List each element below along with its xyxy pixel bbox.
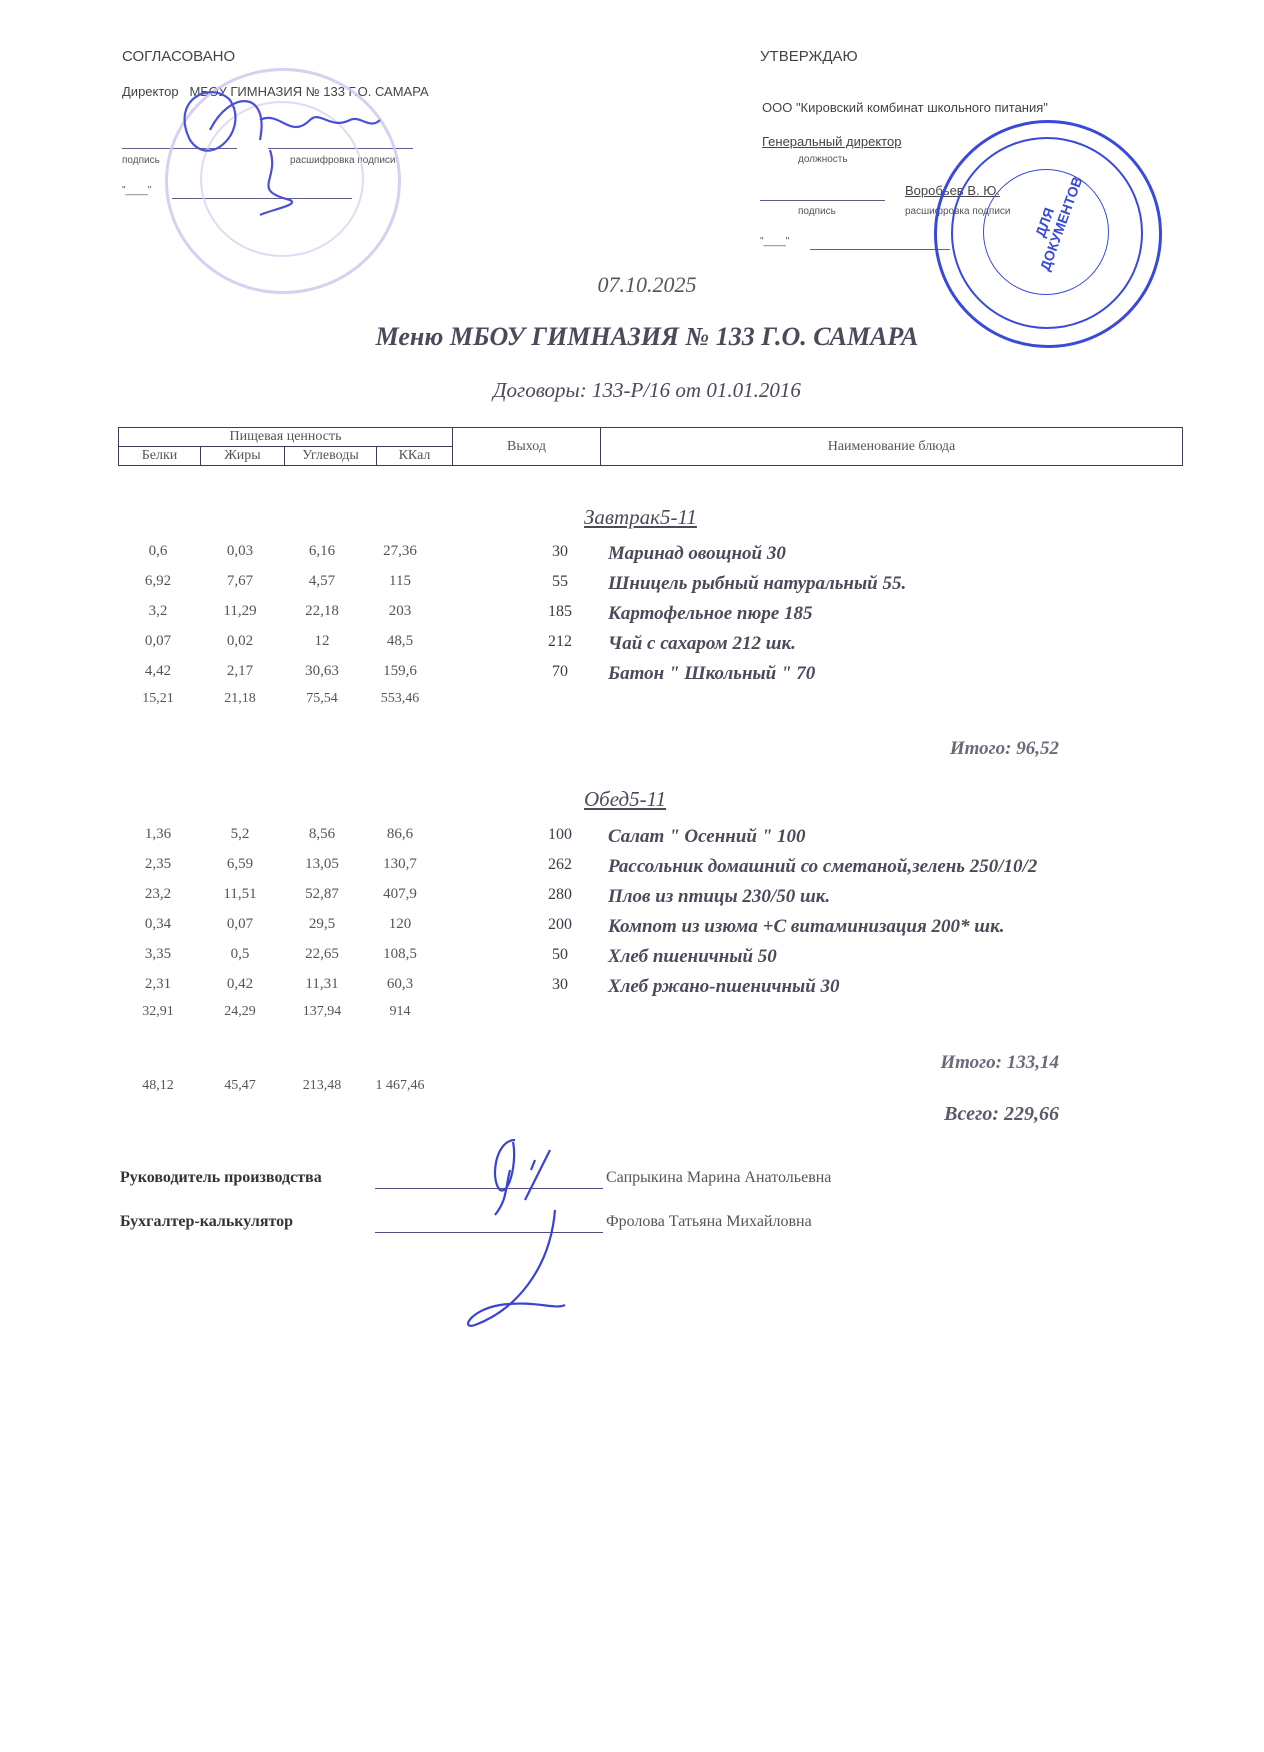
header-kcal: ККал bbox=[377, 447, 453, 466]
menu-item-row: 23,211,5152,87407,9280Плов из птицы 230/… bbox=[118, 886, 1118, 914]
signature-role-accountant: Бухгалтер-калькулятор bbox=[120, 1213, 293, 1231]
dish-name: Шницель рыбный натуральный 55. bbox=[608, 573, 906, 595]
menu-item-row: 6,927,674,5711555Шницель рыбный натураль… bbox=[118, 573, 1118, 601]
document-date: 07.10.2025 bbox=[0, 272, 1264, 298]
date-placeholder: "____" bbox=[122, 185, 151, 196]
position-caption: должность bbox=[798, 154, 848, 165]
kcal-value: 203 bbox=[360, 603, 440, 620]
total-carbs: 75,54 bbox=[282, 691, 362, 707]
approval-right-organization: ООО "Кировский комбинат школьного питани… bbox=[762, 100, 1048, 115]
protein-value: 1,36 bbox=[118, 826, 198, 843]
grand-total-label: Всего: 229,66 bbox=[944, 1103, 1059, 1126]
dish-name: Хлеб пшеничный 50 bbox=[608, 946, 777, 968]
total-protein: 32,91 bbox=[118, 1004, 198, 1020]
fat-value: 7,67 bbox=[200, 573, 280, 590]
breakfast-sum: Итого: 96,52 bbox=[950, 738, 1059, 760]
section-title-breakfast: Завтрак5-11 bbox=[584, 505, 697, 530]
signature-name-accountant: Фролова Татьяна Михайловна bbox=[606, 1213, 812, 1231]
yield-value: 280 bbox=[530, 886, 590, 904]
protein-value: 3,35 bbox=[118, 946, 198, 963]
protein-value: 0,6 bbox=[118, 543, 198, 560]
yield-value: 55 bbox=[530, 573, 590, 591]
fat-value: 0,02 bbox=[200, 633, 280, 650]
yield-value: 262 bbox=[530, 856, 590, 874]
header-fat: Жиры bbox=[201, 447, 285, 466]
date-line-right bbox=[810, 249, 950, 250]
protein-value: 0,34 bbox=[118, 916, 198, 933]
dish-name: Салат " Осенний " 100 bbox=[608, 826, 806, 848]
dish-name: Хлеб ржано-пшеничный 30 bbox=[608, 976, 840, 998]
carbs-value: 29,5 bbox=[282, 916, 362, 933]
stamp-right-icon: ДЛЯ ДОКУМЕНТОВ bbox=[934, 120, 1162, 348]
protein-value: 3,2 bbox=[118, 603, 198, 620]
grand-total-carbs: 213,48 bbox=[282, 1078, 362, 1094]
kcal-value: 108,5 bbox=[360, 946, 440, 963]
fat-value: 0,03 bbox=[200, 543, 280, 560]
carbs-value: 22,65 bbox=[282, 946, 362, 963]
fat-value: 6,59 bbox=[200, 856, 280, 873]
fat-value: 5,2 bbox=[200, 826, 280, 843]
approval-right-position: Генеральный директор bbox=[762, 134, 901, 149]
section-total-row: 15,2121,1875,54553,46 bbox=[118, 691, 1118, 719]
menu-item-row: 0,60,036,1627,3630Маринад овощной 30 bbox=[118, 543, 1118, 571]
dish-name: Картофельное пюре 185 bbox=[608, 603, 813, 625]
carbs-value: 30,63 bbox=[282, 663, 362, 680]
production-signature-icon bbox=[455, 1120, 595, 1340]
menu-item-row: 2,310,4211,3160,330Хлеб ржано-пшеничный … bbox=[118, 976, 1118, 1004]
yield-value: 30 bbox=[530, 976, 590, 994]
yield-value: 70 bbox=[530, 663, 590, 681]
carbs-value: 11,31 bbox=[282, 976, 362, 993]
menu-item-row: 4,422,1730,63159,670Батон " Школьный " 7… bbox=[118, 663, 1118, 691]
carbs-value: 22,18 bbox=[282, 603, 362, 620]
menu-item-row: 2,356,5913,05130,7262Рассольник домашний… bbox=[118, 856, 1118, 884]
lunch-sum: Итого: 133,14 bbox=[940, 1052, 1059, 1074]
protein-value: 6,92 bbox=[118, 573, 198, 590]
dish-name: Компот из изюма +С витаминизация 200* шк… bbox=[608, 916, 1005, 938]
director-signature-icon bbox=[150, 60, 410, 220]
grand-total-kcal: 1 467,46 bbox=[360, 1078, 440, 1094]
carbs-value: 8,56 bbox=[282, 826, 362, 843]
yield-value: 50 bbox=[530, 946, 590, 964]
section-title-lunch: Обед5-11 bbox=[584, 787, 666, 812]
header-nutrition-group: Пищевая ценность bbox=[119, 428, 453, 447]
grand-total-protein: 48,12 bbox=[118, 1078, 198, 1094]
grand-total-row: 48,12 45,47 213,48 1 467,46 bbox=[118, 1078, 1118, 1106]
kcal-value: 48,5 bbox=[360, 633, 440, 650]
kcal-value: 407,9 bbox=[360, 886, 440, 903]
menu-item-row: 1,365,28,5686,6100Салат " Осенний " 100 bbox=[118, 826, 1118, 854]
protein-value: 2,35 bbox=[118, 856, 198, 873]
protein-value: 23,2 bbox=[118, 886, 198, 903]
fat-value: 11,51 bbox=[200, 886, 280, 903]
fat-value: 2,17 bbox=[200, 663, 280, 680]
kcal-value: 130,7 bbox=[360, 856, 440, 873]
approval-right-heading: УТВЕРЖДАЮ bbox=[760, 48, 858, 65]
signature-caption-right: подпись bbox=[798, 206, 836, 217]
header-carbs: Углеводы bbox=[285, 447, 377, 466]
menu-item-row: 0,340,0729,5120200Компот из изюма +С вит… bbox=[118, 916, 1118, 944]
yield-value: 100 bbox=[530, 826, 590, 844]
fat-value: 0,07 bbox=[200, 916, 280, 933]
dish-name: Рассольник домашний со сметаной,зелень 2… bbox=[608, 856, 1037, 878]
yield-value: 30 bbox=[530, 543, 590, 561]
kcal-value: 159,6 bbox=[360, 663, 440, 680]
signature-name-production: Сапрыкина Марина Анатольевна bbox=[606, 1169, 831, 1187]
total-kcal: 553,46 bbox=[360, 691, 440, 707]
protein-value: 2,31 bbox=[118, 976, 198, 993]
grand-total-fat: 45,47 bbox=[200, 1078, 280, 1094]
dish-name: Чай с сахаром 212 шк. bbox=[608, 633, 796, 655]
kcal-value: 120 bbox=[360, 916, 440, 933]
menu-item-row: 3,350,522,65108,550Хлеб пшеничный 50 bbox=[118, 946, 1118, 974]
header-dish-name: Наименование блюда bbox=[601, 428, 1183, 466]
signature-line-right bbox=[760, 200, 885, 201]
yield-value: 200 bbox=[530, 916, 590, 934]
date-placeholder-right: "____" bbox=[760, 236, 789, 247]
fat-value: 11,29 bbox=[200, 603, 280, 620]
document-title: Меню МБОУ ГИМНАЗИЯ № 133 Г.О. САМАРА bbox=[0, 322, 1264, 352]
fat-value: 0,5 bbox=[200, 946, 280, 963]
protein-value: 4,42 bbox=[118, 663, 198, 680]
menu-table-header: Пищевая ценность Выход Наименование блюд… bbox=[118, 427, 1183, 466]
signature-role-production: Руководитель производства bbox=[120, 1169, 322, 1187]
total-fat: 24,29 bbox=[200, 1004, 280, 1020]
carbs-value: 4,57 bbox=[282, 573, 362, 590]
menu-item-row: 3,211,2922,18203185Картофельное пюре 185 bbox=[118, 603, 1118, 631]
total-carbs: 137,94 bbox=[282, 1004, 362, 1020]
carbs-value: 12 bbox=[282, 633, 362, 650]
dish-name: Маринад овощной 30 bbox=[608, 543, 786, 565]
yield-value: 185 bbox=[530, 603, 590, 621]
carbs-value: 6,16 bbox=[282, 543, 362, 560]
kcal-value: 60,3 bbox=[360, 976, 440, 993]
dish-name: Плов из птицы 230/50 шк. bbox=[608, 886, 830, 908]
total-fat: 21,18 bbox=[200, 691, 280, 707]
carbs-value: 13,05 bbox=[282, 856, 362, 873]
yield-value: 212 bbox=[530, 633, 590, 651]
kcal-value: 86,6 bbox=[360, 826, 440, 843]
header-protein: Белки bbox=[119, 447, 201, 466]
protein-value: 0,07 bbox=[118, 633, 198, 650]
section-total-row: 32,9124,29137,94914 bbox=[118, 1004, 1118, 1032]
carbs-value: 52,87 bbox=[282, 886, 362, 903]
total-protein: 15,21 bbox=[118, 691, 198, 707]
kcal-value: 27,36 bbox=[360, 543, 440, 560]
header-yield: Выход bbox=[453, 428, 601, 466]
menu-item-row: 0,070,021248,5212Чай с сахаром 212 шк. bbox=[118, 633, 1118, 661]
contract-line: Договоры: 133-Р/16 от 01.01.2016 bbox=[0, 378, 1264, 403]
fat-value: 0,42 bbox=[200, 976, 280, 993]
total-kcal: 914 bbox=[360, 1004, 440, 1020]
dish-name: Батон " Школьный " 70 bbox=[608, 663, 815, 685]
kcal-value: 115 bbox=[360, 573, 440, 590]
